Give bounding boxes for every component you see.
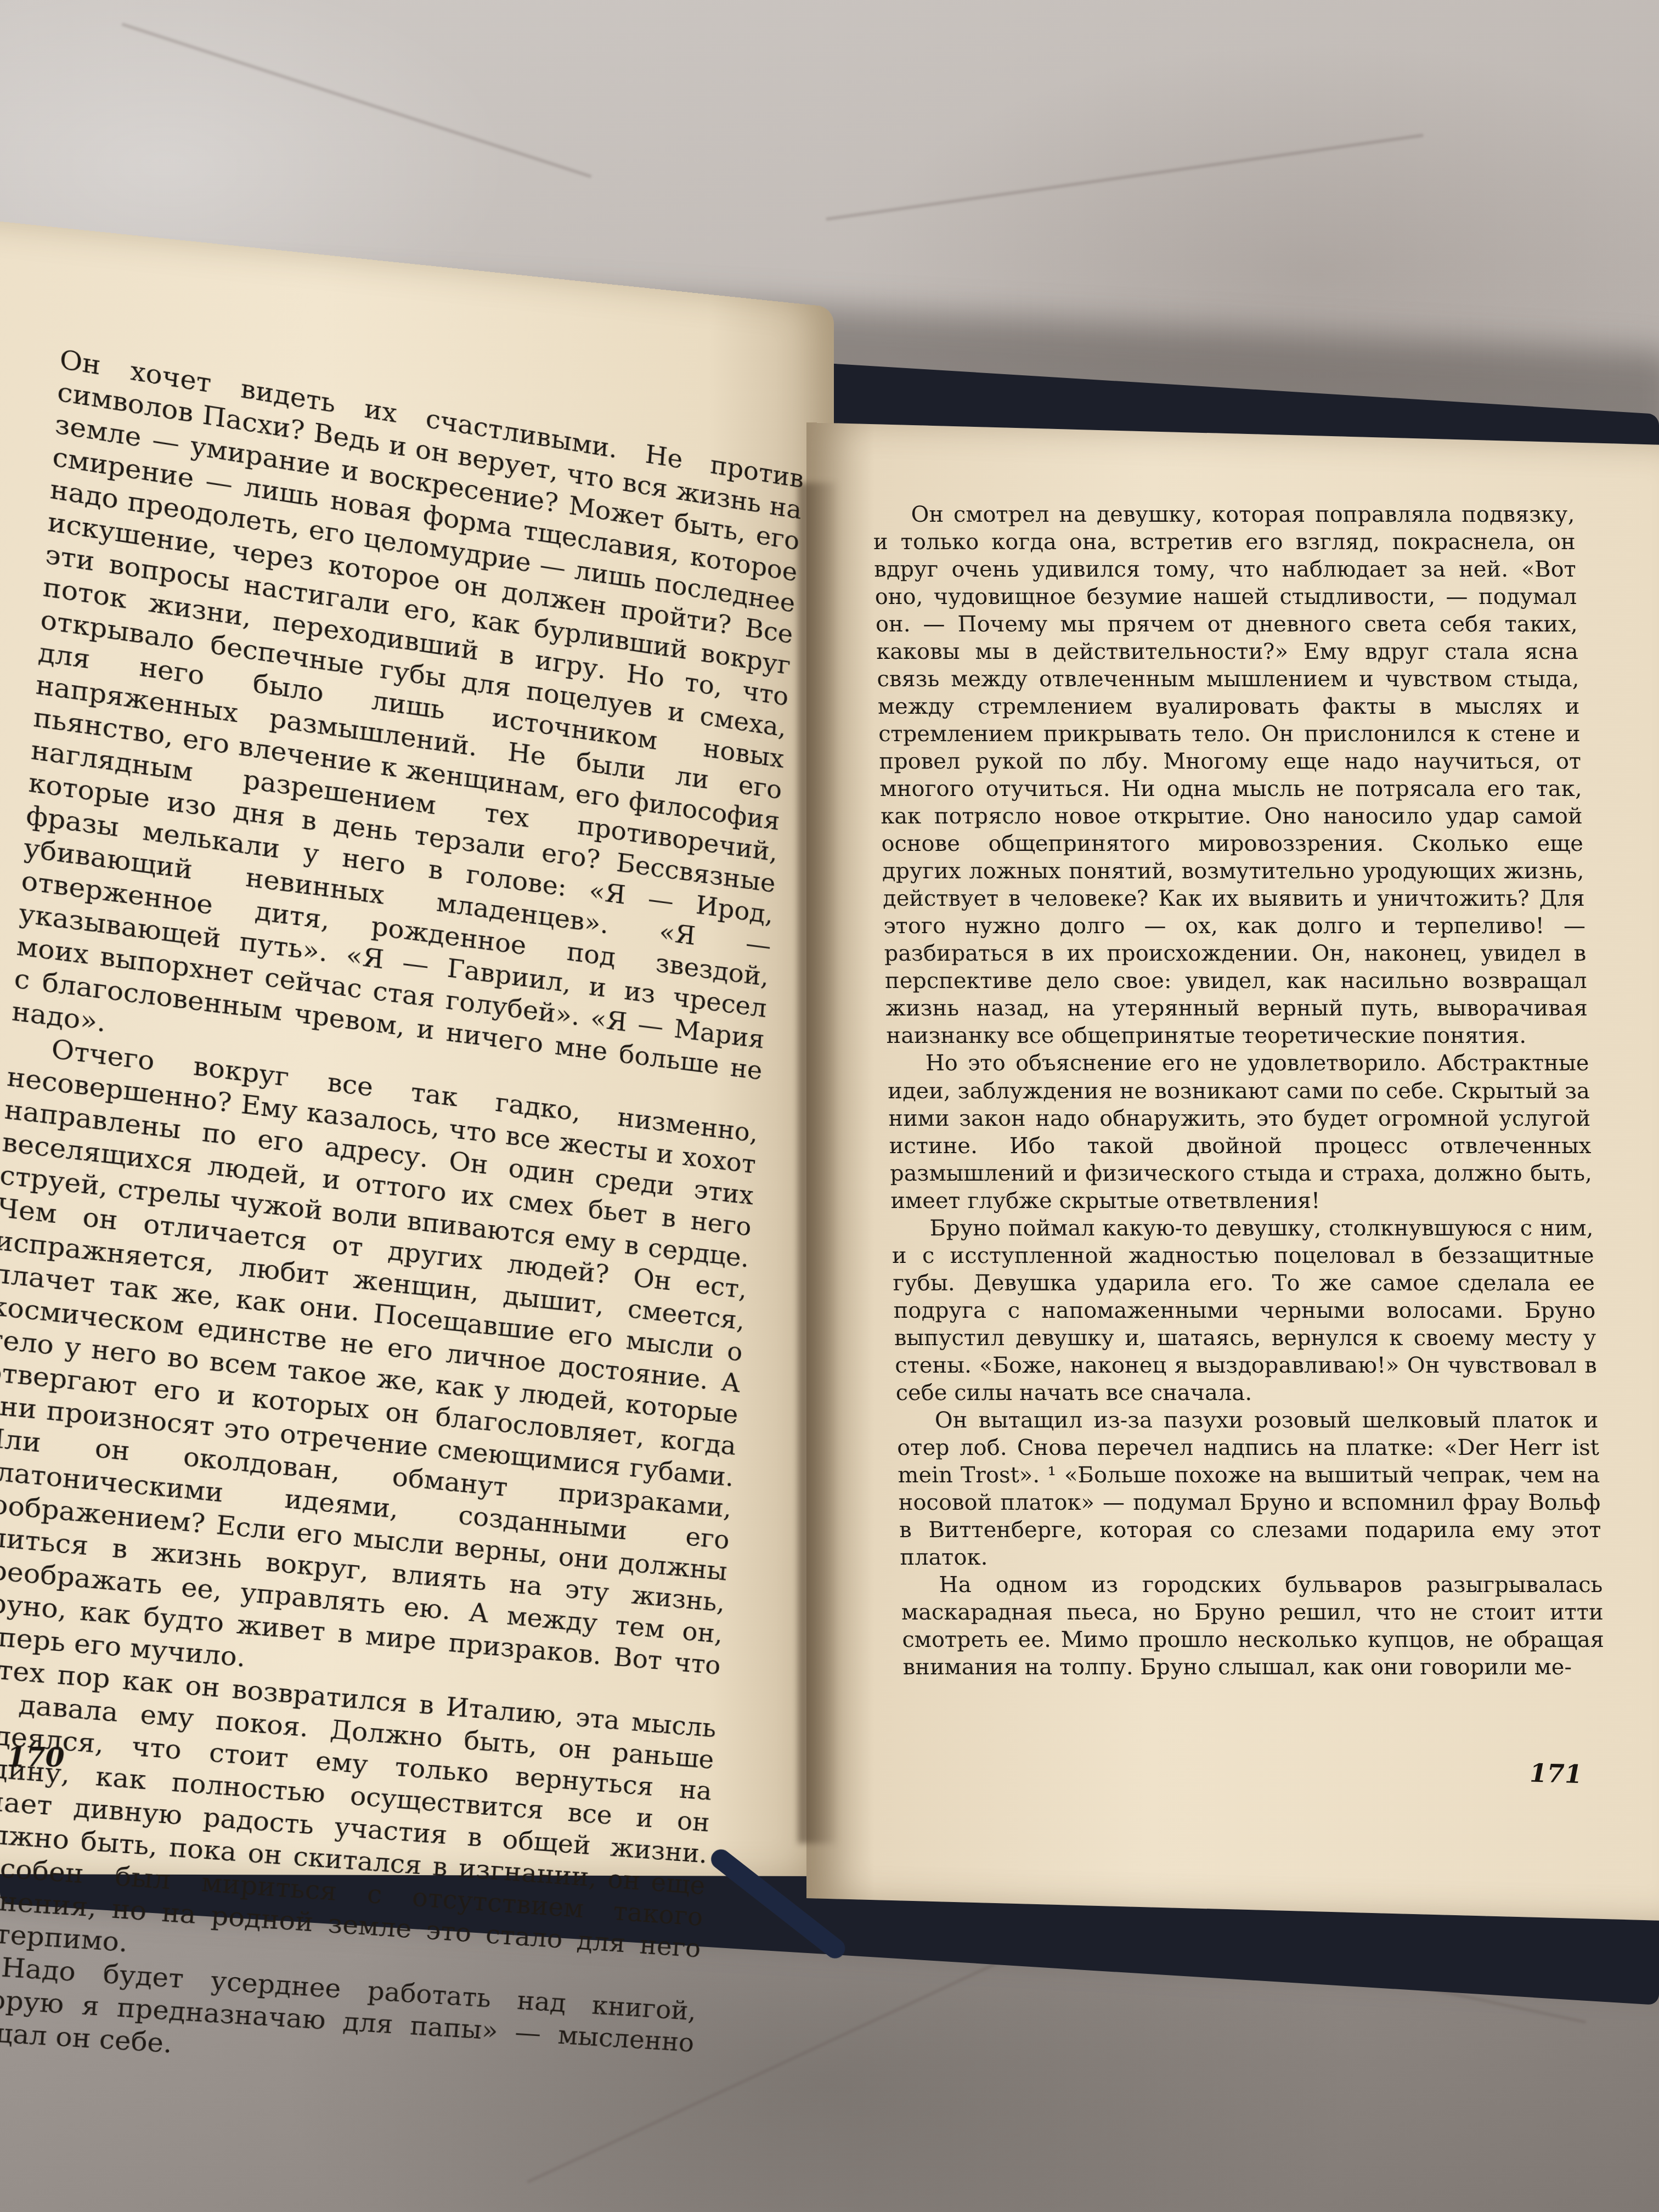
paragraph: Он хочет видеть их счастливыми. Не проти… (10, 343, 805, 1118)
book-gutter (798, 483, 837, 1843)
right-page-text: Он смотрел на девушку, которая поправлял… (872, 501, 1605, 1681)
marble-vein (826, 133, 1424, 221)
paragraph: Отчего вокруг все так гадко, низменно, н… (0, 1028, 759, 1713)
left-page: Он хочет видеть их счастливыми. Не проти… (0, 217, 834, 1876)
paragraph: Бруно поймал какую-то девушку, столкнувш… (891, 1215, 1598, 1407)
page-number: 170 (7, 1741, 64, 1773)
paragraph: На одном из городских бульваров разыгрыв… (900, 1571, 1605, 1681)
left-page-text: Он хочет видеть их счастливыми. Не проти… (0, 343, 805, 2090)
page-number: 171 (1530, 1758, 1582, 1790)
paragraph: Он смотрел на девушку, которая поправлял… (872, 501, 1589, 1049)
paragraph: Но это объяснение его не удовлетворило. … (887, 1049, 1593, 1214)
right-page: Он смотрел на девушку, которая поправлял… (806, 422, 1659, 1921)
paragraph: Он вытащил из-за пазухи розовый шелковый… (896, 1407, 1602, 1571)
marble-vein (121, 22, 592, 178)
